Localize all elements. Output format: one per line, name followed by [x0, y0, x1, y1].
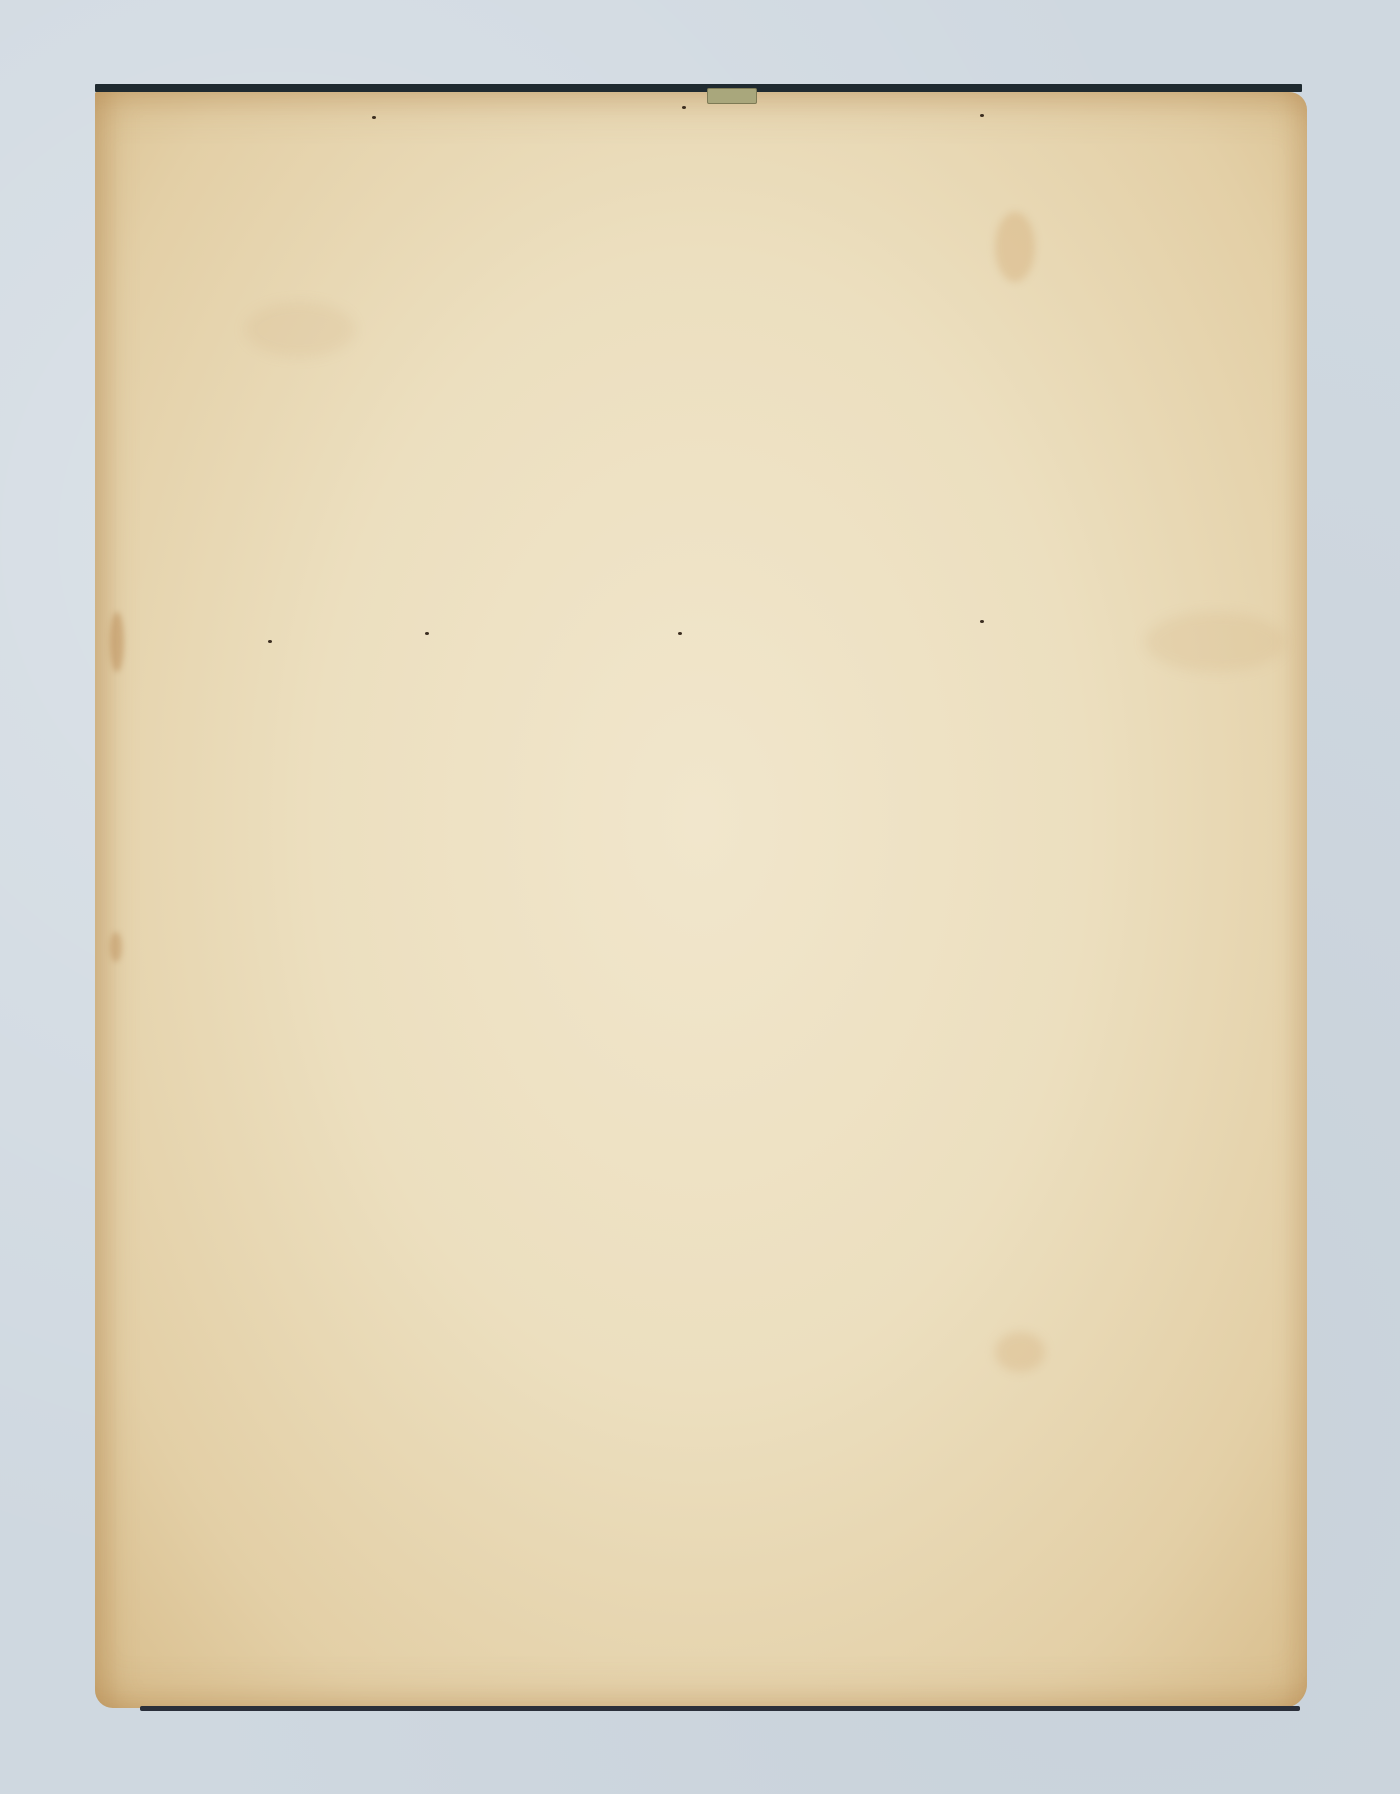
speck [372, 116, 376, 119]
speck [980, 114, 984, 117]
speck [678, 632, 682, 635]
stain [995, 1332, 1045, 1372]
binding-clip [707, 88, 757, 104]
speck [682, 106, 686, 109]
edge-stain [110, 932, 122, 962]
edge-stain [110, 612, 124, 672]
bleed-through-mark [1145, 612, 1285, 672]
bleed-through-mark [245, 302, 355, 357]
aged-paper-sheet [95, 92, 1307, 1708]
top-binding-strip [95, 84, 1302, 92]
speck [425, 632, 429, 635]
stain [995, 212, 1035, 282]
speck [980, 620, 984, 623]
bottom-binding-strip [140, 1706, 1300, 1711]
speck [268, 640, 272, 643]
